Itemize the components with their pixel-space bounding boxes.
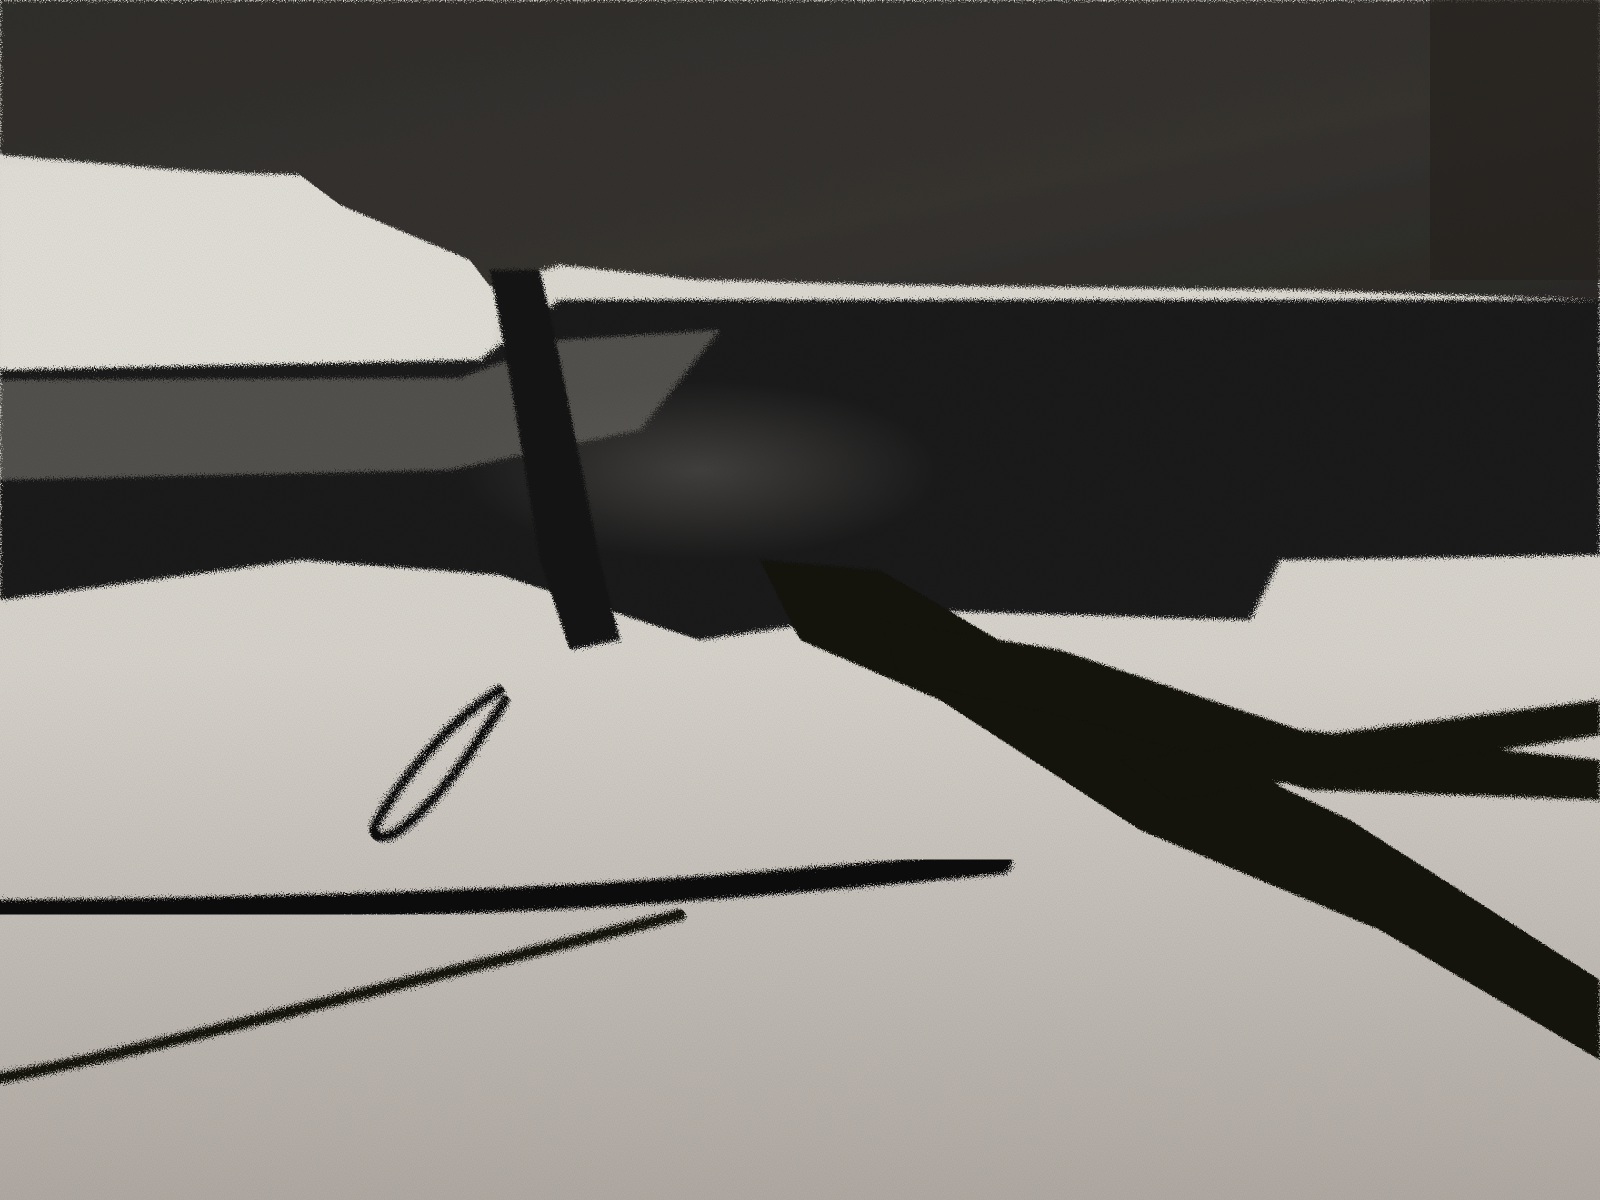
paper-grain xyxy=(0,0,1600,1200)
charcoal-drawing-photo: Close-up photograph of an abstract charc… xyxy=(0,0,1600,1200)
drawing-canvas xyxy=(0,0,1600,1200)
